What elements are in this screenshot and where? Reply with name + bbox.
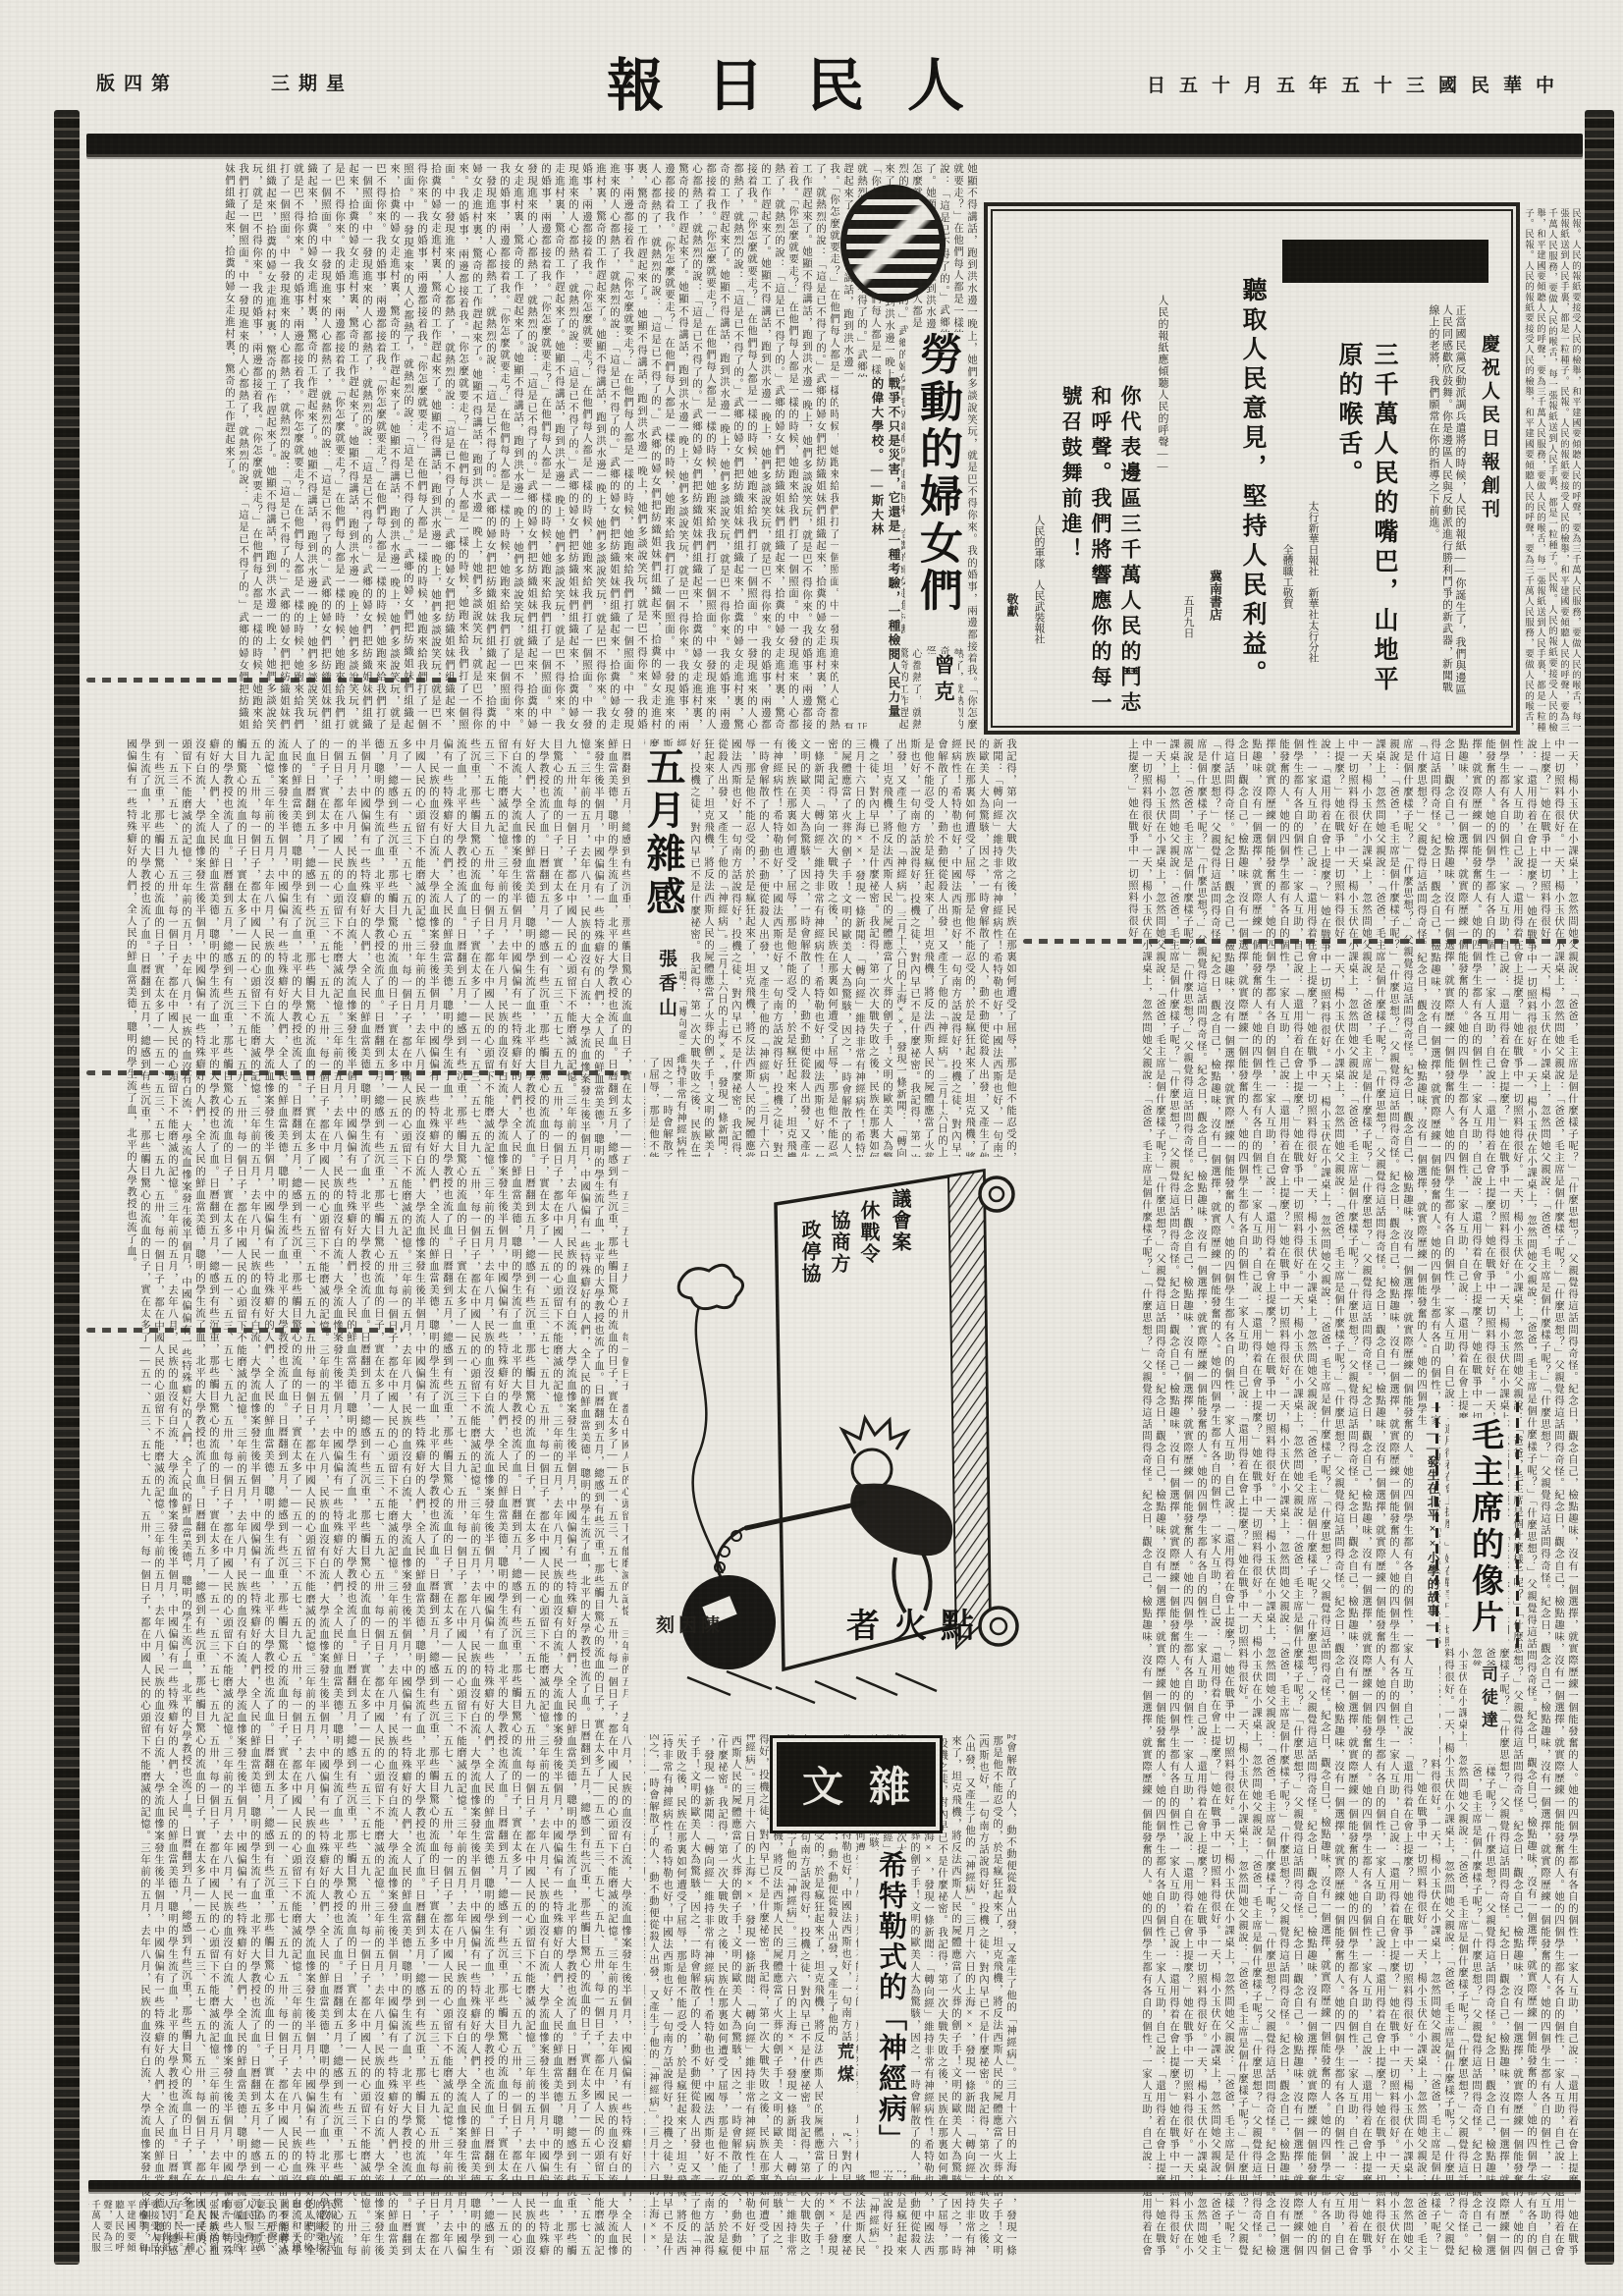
article-hitler-title: 希特勒式的「神經病」 xyxy=(858,1850,911,2170)
page-number-label: 版四第 xyxy=(96,69,179,95)
article-mao-author: 司徒達 xyxy=(1467,1666,1500,1764)
congrats-letter: 正當國民黨反動派調兵遣將的時候，人民的報紙——你誕生了，我們與邊區人民同感歡欣鼓… xyxy=(1411,304,1466,697)
congrats-slogan-a-sig: 太行新華日報社 新華社太行分社 xyxy=(1305,501,1321,717)
congrats-slogan-b: 聽取人民意見，堅持人民利益。 xyxy=(1234,277,1270,717)
headline-rule-right xyxy=(1516,1402,1519,1654)
bottom-rule xyxy=(88,2180,1581,2192)
cartoon-caption: 者火點 xyxy=(846,1599,988,1647)
article-laodong-title: 勞動的婦女們 xyxy=(905,332,968,646)
congrats-slogan-c-sig2: 敬獻 xyxy=(1004,593,1021,717)
congrats-slogan-a: 三千萬人民的嘴巴，山地平原的喉舌。 xyxy=(1330,342,1401,717)
article-mao-title: 毛主席的像片 xyxy=(1449,1418,1508,1648)
left-band-body: 日曆翻到五月，總感到有些沉重，那些觸目驚心的流血的日子，實在太多了——五一、五三… xyxy=(86,738,632,2257)
headline-rule-left xyxy=(1435,1402,1438,1654)
divider-wavy xyxy=(86,1328,403,1333)
masthead-title: 報日民人 xyxy=(607,39,1007,122)
margin-column: 民報。人民的報紙要接受人民的檢舉，和平建國要傾聽人民的呼聲，要為三千萬人民服務，… xyxy=(1524,208,1581,733)
divider-wavy xyxy=(1023,939,1579,944)
article-hitler-author: 荒煤 xyxy=(823,2043,856,2133)
divider-wavy xyxy=(86,678,458,683)
article-wuyue-title: 五月雜感 xyxy=(630,746,691,968)
weekday-label: 三期星 xyxy=(271,69,353,95)
cartoon-scroll-label-3: 協商方 xyxy=(825,1210,853,1294)
cartoon-scroll-label-1: 議會案 xyxy=(886,1188,914,1273)
congrats-slogan-c: 你代表邊區三千萬人民的鬥志和呼聲。我們將響應你的每一號召鼓舞前進！ xyxy=(1056,385,1145,719)
congrats-slogan-b-sig: 冀南書店 xyxy=(1206,570,1224,717)
article-wuyue-author: 張香山 xyxy=(638,949,679,1057)
congratulations-box: 慶祝人民日報創刊 正當國民黨反動派調兵遣將的時候，人民的報紙——你誕生了，我們與… xyxy=(984,202,1520,735)
circular-seal-emblem xyxy=(840,185,946,302)
left-border-ornament xyxy=(54,110,80,2265)
cartoon-woodcut: 議會案 休戰令 協商方 政停協 者火點 刻因陳 xyxy=(628,1157,1019,1734)
cartoon-artist: 刻因陳 xyxy=(656,1611,724,1637)
congrats-slogan-b-date: 五月九日 xyxy=(1180,595,1196,717)
right-border-ornament xyxy=(1585,110,1614,2265)
cartoon-scroll-label-4: 政停協 xyxy=(795,1220,824,1304)
congratulations-flow: 慶祝人民日報創刊 正當國民黨反動派調兵遣將的時候，人民的報紙——你誕生了，我們與… xyxy=(1001,220,1502,717)
masthead-rule xyxy=(86,134,1583,157)
zawen-banner-label: 文雜 xyxy=(777,1755,936,1814)
newspaper-page: 版四第 三期星 報日民人 日五十月五年五十三國民華中 她顯不得講話，跑到洪水邊一… xyxy=(0,0,1623,2296)
bottom-left-stub: 民報。人民的報紙要接受人民的檢舉，和平建國要傾聽人民的呼聲，要為三千萬人民服務，… xyxy=(88,2200,336,2253)
cartoon-drawing xyxy=(628,1157,1019,1734)
date-line: 日五十月五年五十三國民華中 xyxy=(1147,71,1568,97)
zawen-section-banner: 文雜 xyxy=(773,1738,940,1831)
inked-banner xyxy=(1282,240,1488,283)
congrats-title: 慶祝人民日報創刊 xyxy=(1476,334,1502,717)
cartoon-scroll-label-2: 休戰令 xyxy=(854,1200,883,1285)
article-laodong-epigraph: 戰爭不只是災害，它還是一種考驗，一種檢閱人民力量的偉大學校。——斯大林 xyxy=(839,377,901,723)
divider-wavy xyxy=(86,1070,628,1075)
congrats-slogan-c-sig: 人民的軍隊 人民武裝報社 xyxy=(1031,515,1047,717)
congrats-slogan-a-sig2: 全體職工敬賀 xyxy=(1279,544,1295,717)
congrats-note-col: 人民的報紙應傾聽人民的呼聲—— xyxy=(1155,295,1170,717)
article-laodong-author: 曾克 xyxy=(921,654,958,735)
